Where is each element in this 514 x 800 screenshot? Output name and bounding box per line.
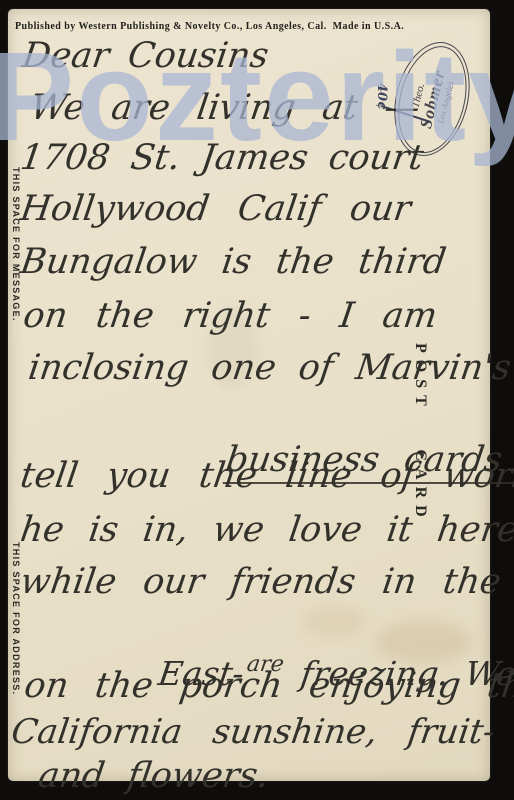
handwritten-line-10: he is in, we love it here [18,511,514,549]
handwritten-line-14: California sunshine, fruit- [9,713,497,751]
handwritten-line-4: Hollywood Calif our [18,190,413,228]
handwritten-line-6: on the right - I am [21,297,440,335]
handwritten-line-13: on the porch enjoying the [22,667,514,705]
postcard-scan: Published by Western Publishing & Novelt… [0,0,514,800]
handwritten-line-11: while our friends in the [18,563,503,601]
handwritten-line-3: 1708 St. James court [18,139,426,177]
handwritten-line-9: tell you the line of work [18,457,514,495]
handwritten-message: Dear Cousins We are living at — 1708 St.… [8,9,490,781]
handwritten-line-15: and flowers. [36,757,271,795]
handwritten-line-5: Bungalow is the third [18,243,448,281]
handwritten-line-2: We are living at — [28,89,422,127]
postcard-back: Published by Western Publishing & Novelt… [8,9,490,781]
handwritten-line-7: inclosing one of Marvin's [26,349,513,387]
handwritten-line-1: Dear Cousins [20,37,271,75]
